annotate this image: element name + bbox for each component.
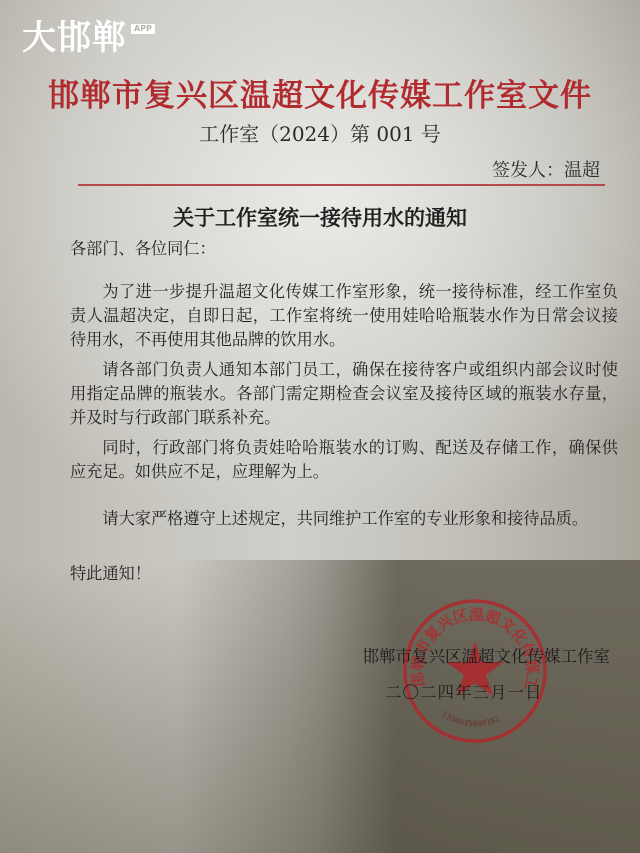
document-number: 工作室（2024）第 001 号 [0,118,640,147]
paragraph-3: 同时，行政部门将负责娃哈哈瓶装水的订购、配送及存储工作，确保供应充足。如供应不足… [70,436,618,484]
notice-title: 关于工作室统一接待用水的通知 [0,202,640,232]
svg-text:1304035008182: 1304035008182 [440,709,502,728]
paragraph-2: 请各部门负责人通知本部门员工，确保在接待客户或组织内部会议时使用指定品牌的瓶装水… [70,358,618,430]
watermark-badge: APP [131,24,155,34]
paragraph-4: 请大家严格遵守上述规定，共同维护工作室的专业形象和接待品质。 [70,507,618,531]
seal-number: 1304035008182 [440,709,502,728]
signature-organization: 邯郸市复兴区温超文化传媒工作室 [363,643,611,667]
signature-date: 二〇二四年三月一日 [385,679,543,703]
official-seal-icon: 邯郸市复兴区温超文化传媒工作室 1304035008182 [400,596,550,746]
document-header-title: 邯郸市复兴区温超文化传媒工作室文件 [0,70,640,115]
watermark-brand: 大邯郸 [22,18,127,58]
paragraph-1: 为了进一步提升温超文化传媒工作室形象，统一接待标准，经工作室负责人温超决定，自即… [70,280,618,352]
header-divider [78,184,605,186]
app-watermark: 大邯郸 APP [22,18,155,58]
salutation: 各部门、各位同仁： [70,237,618,261]
closing-line: 特此通知！ [70,562,618,586]
document-issuer: 签发人：温超 [492,156,600,182]
